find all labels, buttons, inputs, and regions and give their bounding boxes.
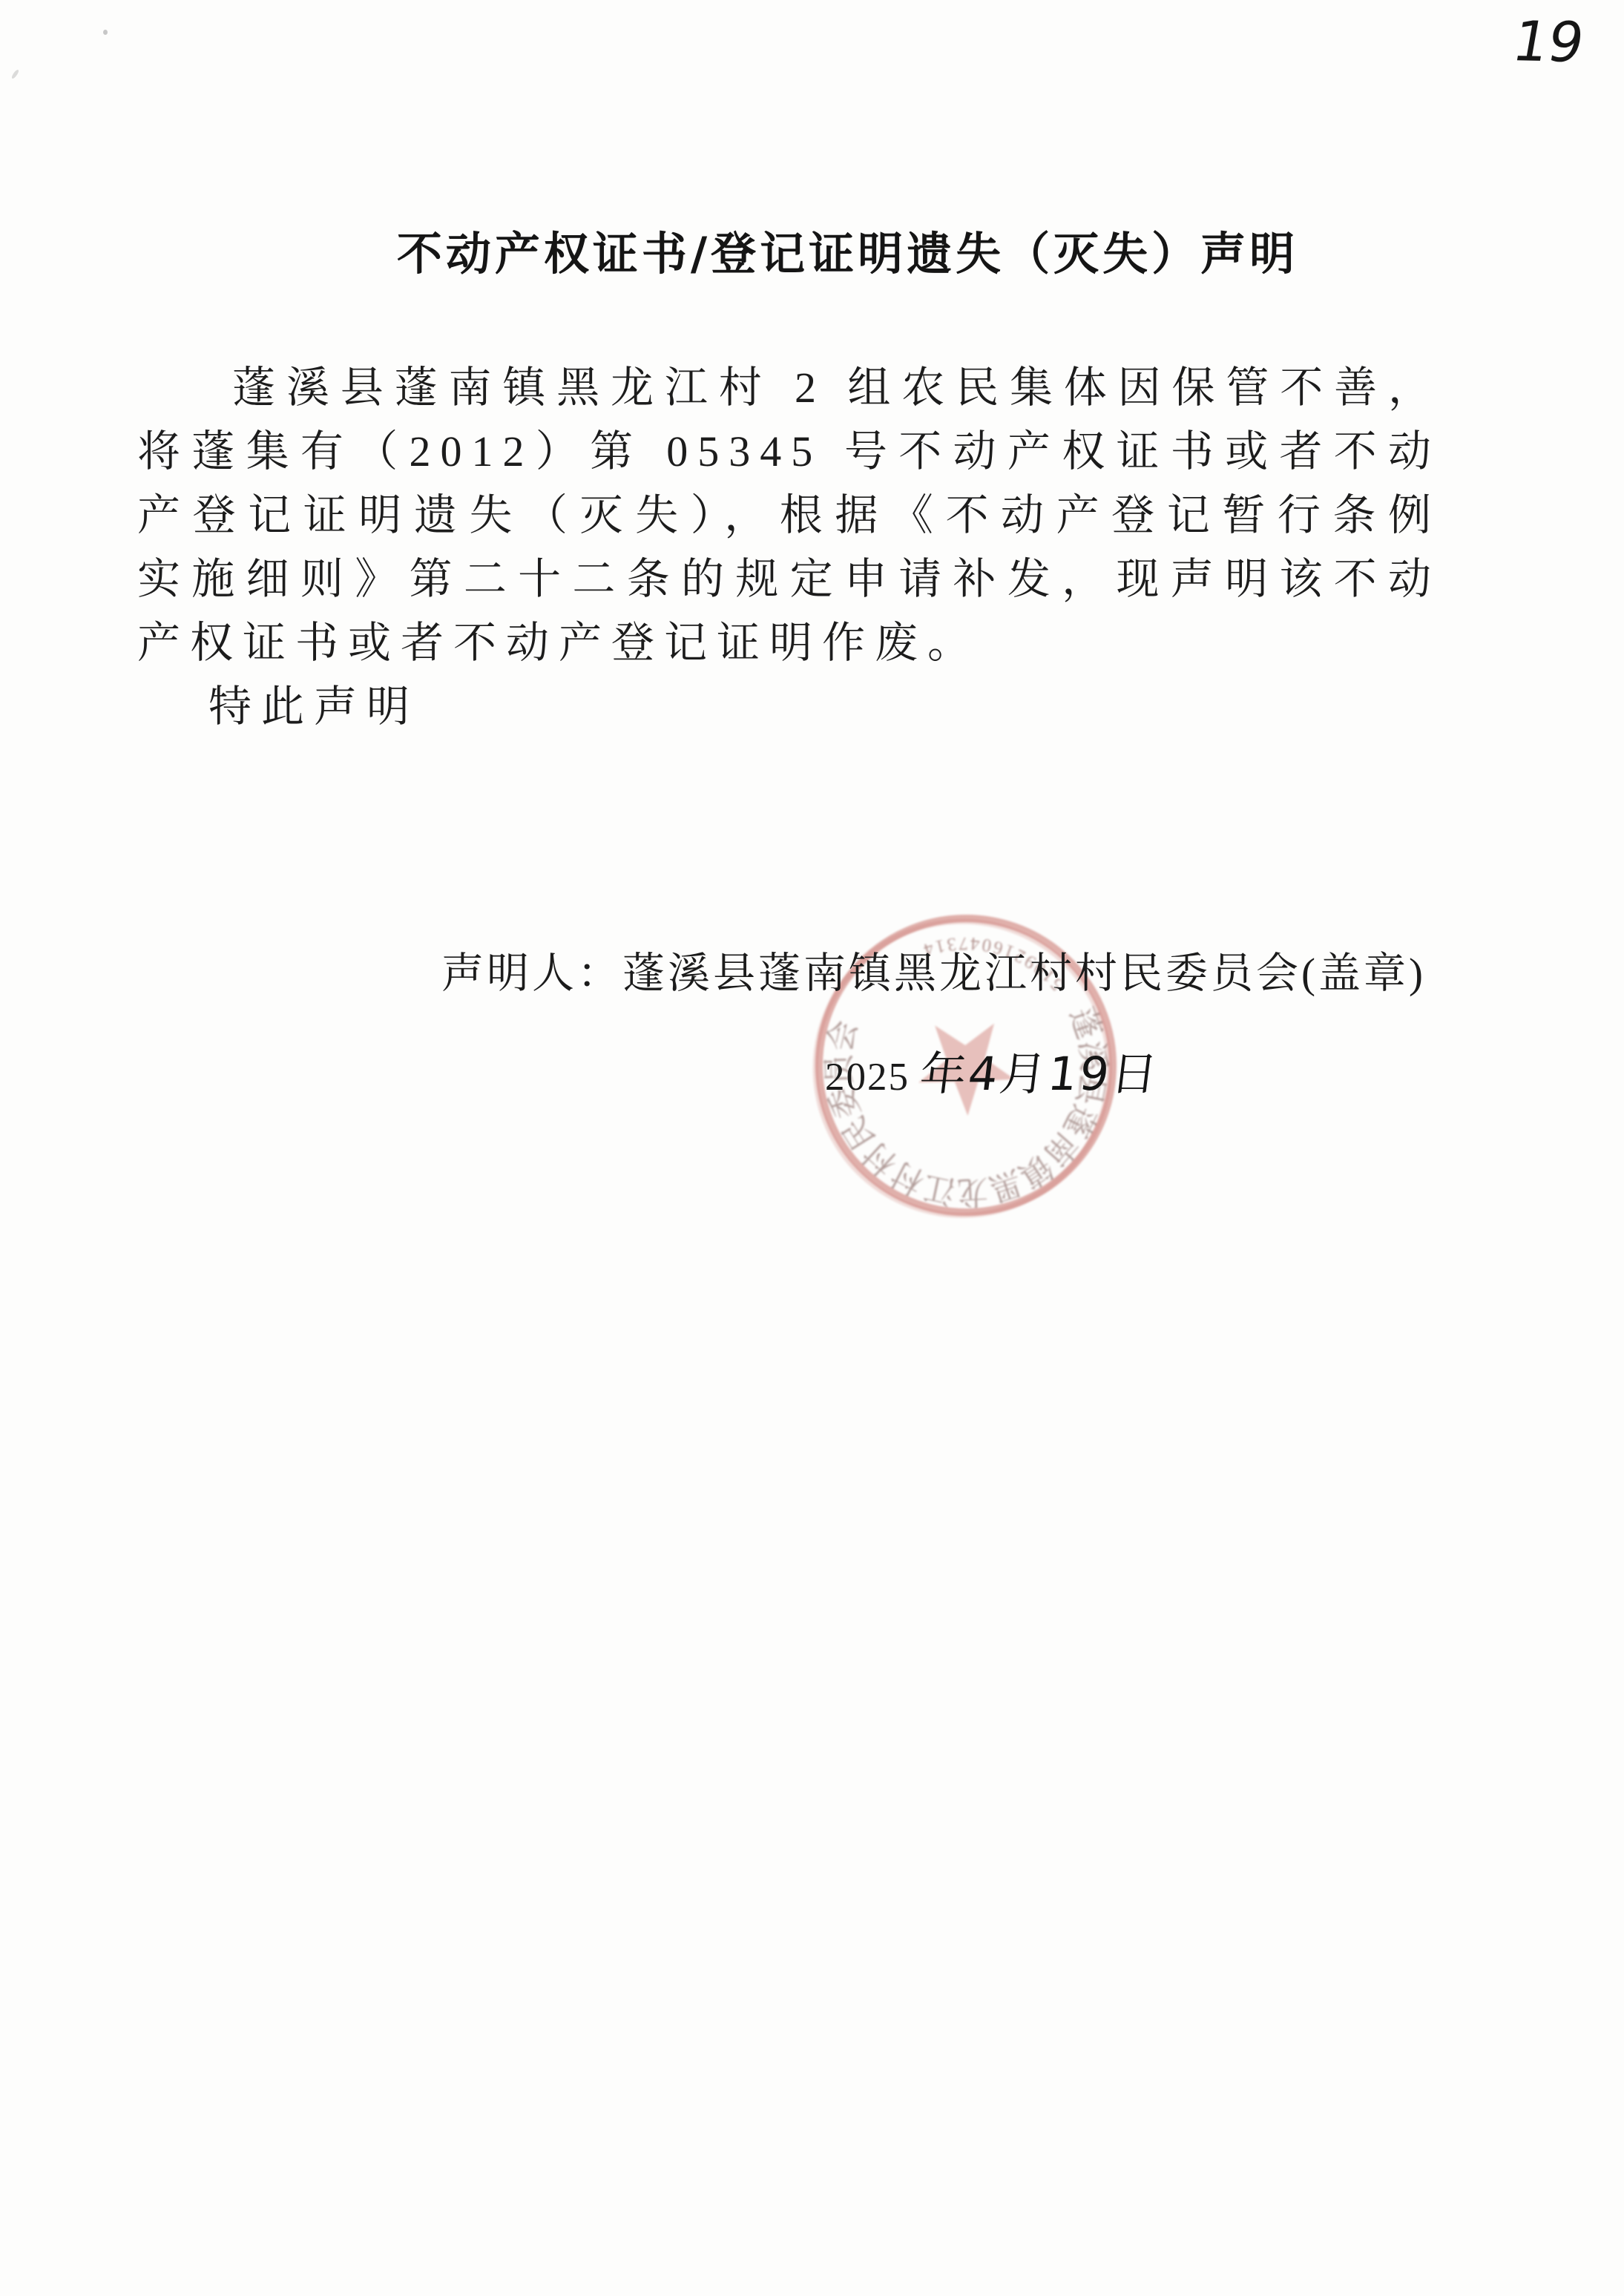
body-line-1: 蓬溪县蓬南镇黑龙江村 2 组农民集体因保管不善， xyxy=(137,356,1441,420)
page-content: 19 不动产权证书/登记证明遗失（灭失）声明 蓬溪县蓬南镇黑龙江村 2 组农民集… xyxy=(0,0,1624,2296)
date-line: 2025 年4月19日 xyxy=(825,1037,1160,1103)
document-title: 不动产权证书/登记证明遗失（灭失）声明 xyxy=(36,218,1624,283)
date-handwritten: 年4月19日 xyxy=(917,1037,1164,1103)
body-line-4: 实施细则》第二十二条的规定申请补发，现声明该不动 xyxy=(137,547,1441,611)
document-sheet: 蓬溪县蓬南镇黑龙江村村民委员会 5109216047314 19 不动产权证书/… xyxy=(0,0,1624,2296)
declarant-line: 声明人：蓬溪县蓬南镇黑龙江村村民委员会(盖章) xyxy=(441,939,1426,1000)
body-line-3: 产登记证明遗失（灭失），根据《不动产登记暂行条例 xyxy=(137,484,1441,547)
closing-line: 特此声明 xyxy=(137,675,1441,739)
page-number: 19 xyxy=(1508,10,1589,75)
date-printed: 2025 xyxy=(825,1056,921,1099)
body-line-5: 产权证书或者不动产登记证明作废。 xyxy=(137,611,1441,675)
scan-speck xyxy=(10,69,19,79)
body-paragraph: 蓬溪县蓬南镇黑龙江村 2 组农民集体因保管不善， 将蓬集有（2012）第 053… xyxy=(137,356,1441,739)
scan-speck xyxy=(103,30,108,35)
body-line-2: 将蓬集有（2012）第 05345 号不动产权证书或者不动 xyxy=(137,420,1441,484)
